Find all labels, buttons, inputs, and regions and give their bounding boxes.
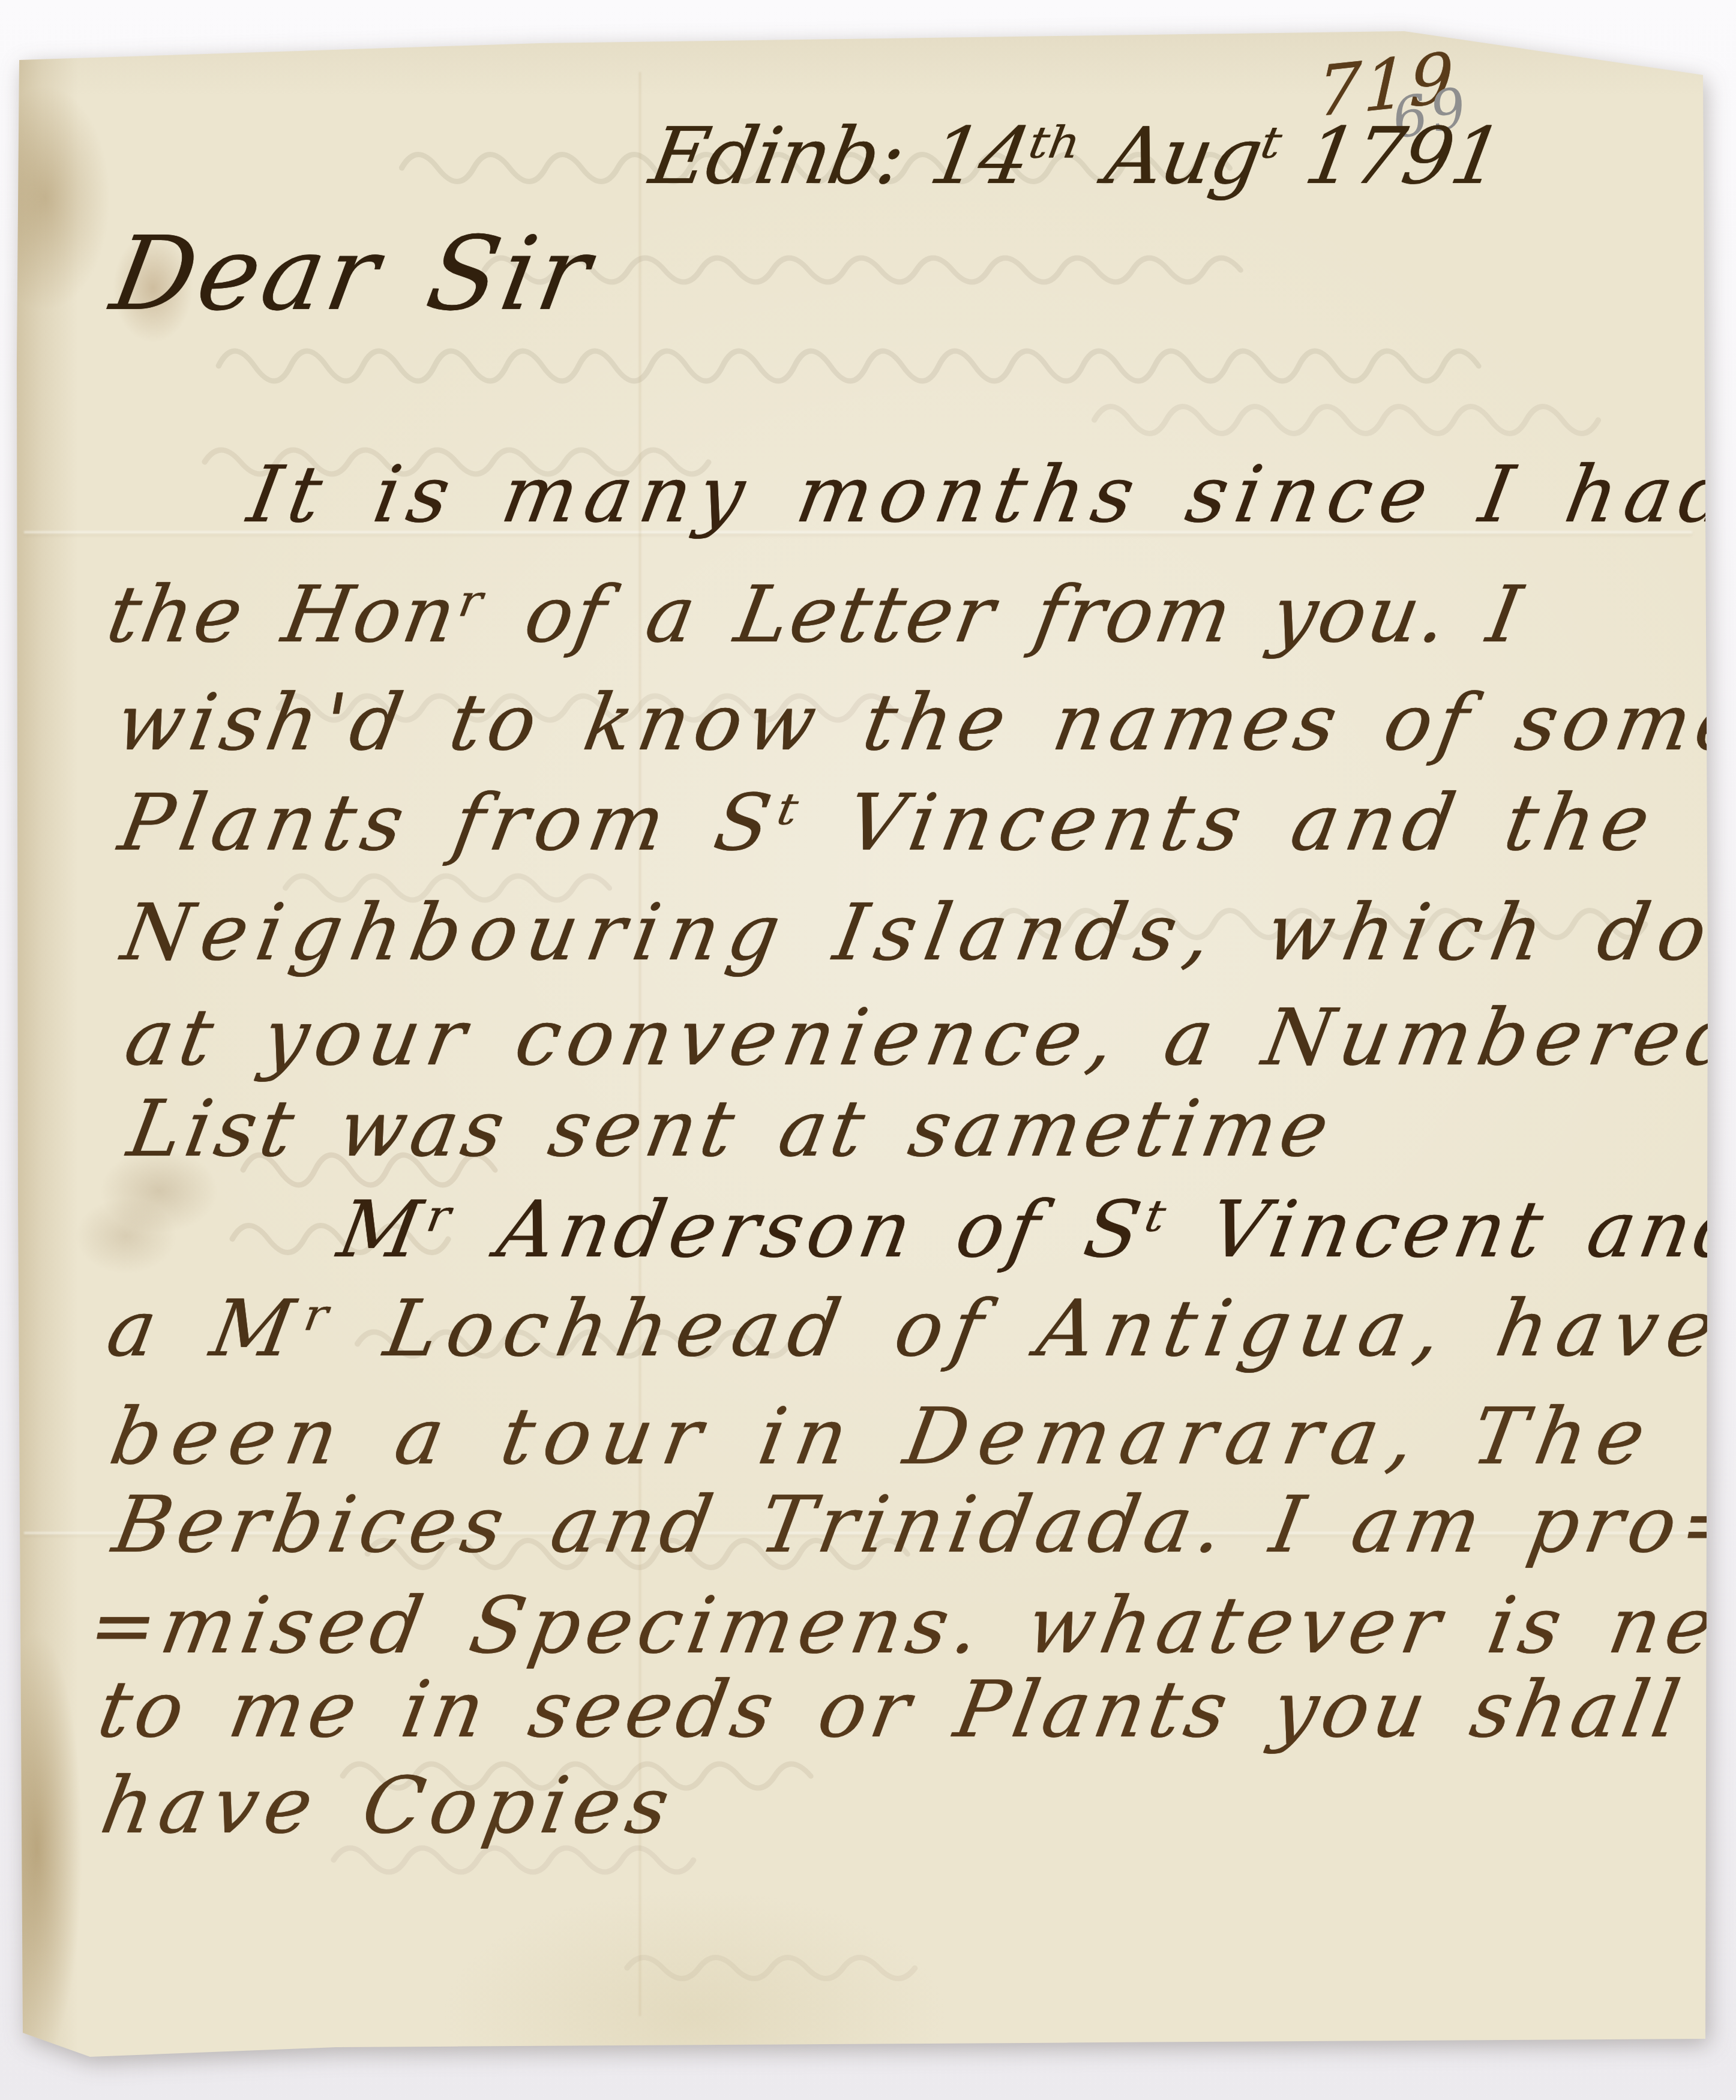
letter-line: Mʳ Anderson of Sᵗ Vincent and [333, 1190, 1736, 1268]
letter-line: at your convenience, a Numbered [120, 998, 1736, 1076]
letter-line: It is many months since I had [243, 455, 1736, 533]
letter-line: to me in seeds or Plants you shall [93, 1670, 1690, 1748]
letter-page-wrapper: 719 69 Edinb: 14ᵗʰ Augᵗ 1791 Dear Sir It… [0, 0, 1736, 2100]
letter-line: Neighbouring Islands, which do [117, 893, 1722, 971]
letter-page: 719 69 Edinb: 14ᵗʰ Augᵗ 1791 Dear Sir It… [0, 0, 1736, 2100]
letter-line: the Honʳ of a Letter from you. I [102, 575, 1529, 653]
letter-line: wish'd to know the names of some [111, 683, 1736, 761]
letter-line: been a tour in Demarara, The [105, 1397, 1661, 1475]
letter-line: have Copies [96, 1766, 682, 1844]
letter-line: List was sent at sametime [123, 1090, 1339, 1168]
letter-line: Berbices and Trinidada. I am pro= [108, 1486, 1736, 1564]
salutation: Dear Sir [105, 223, 601, 325]
dateline: Edinb: 14ᵗʰ Augᵗ 1791 [645, 117, 1507, 195]
letter-line: a Mʳ Lochhead of Antigua, have [102, 1289, 1730, 1367]
letter-line: =mised Specimens. whatever is new [84, 1586, 1736, 1664]
letter-line: Plants from Sᵗ Vincents and the [114, 784, 1662, 862]
